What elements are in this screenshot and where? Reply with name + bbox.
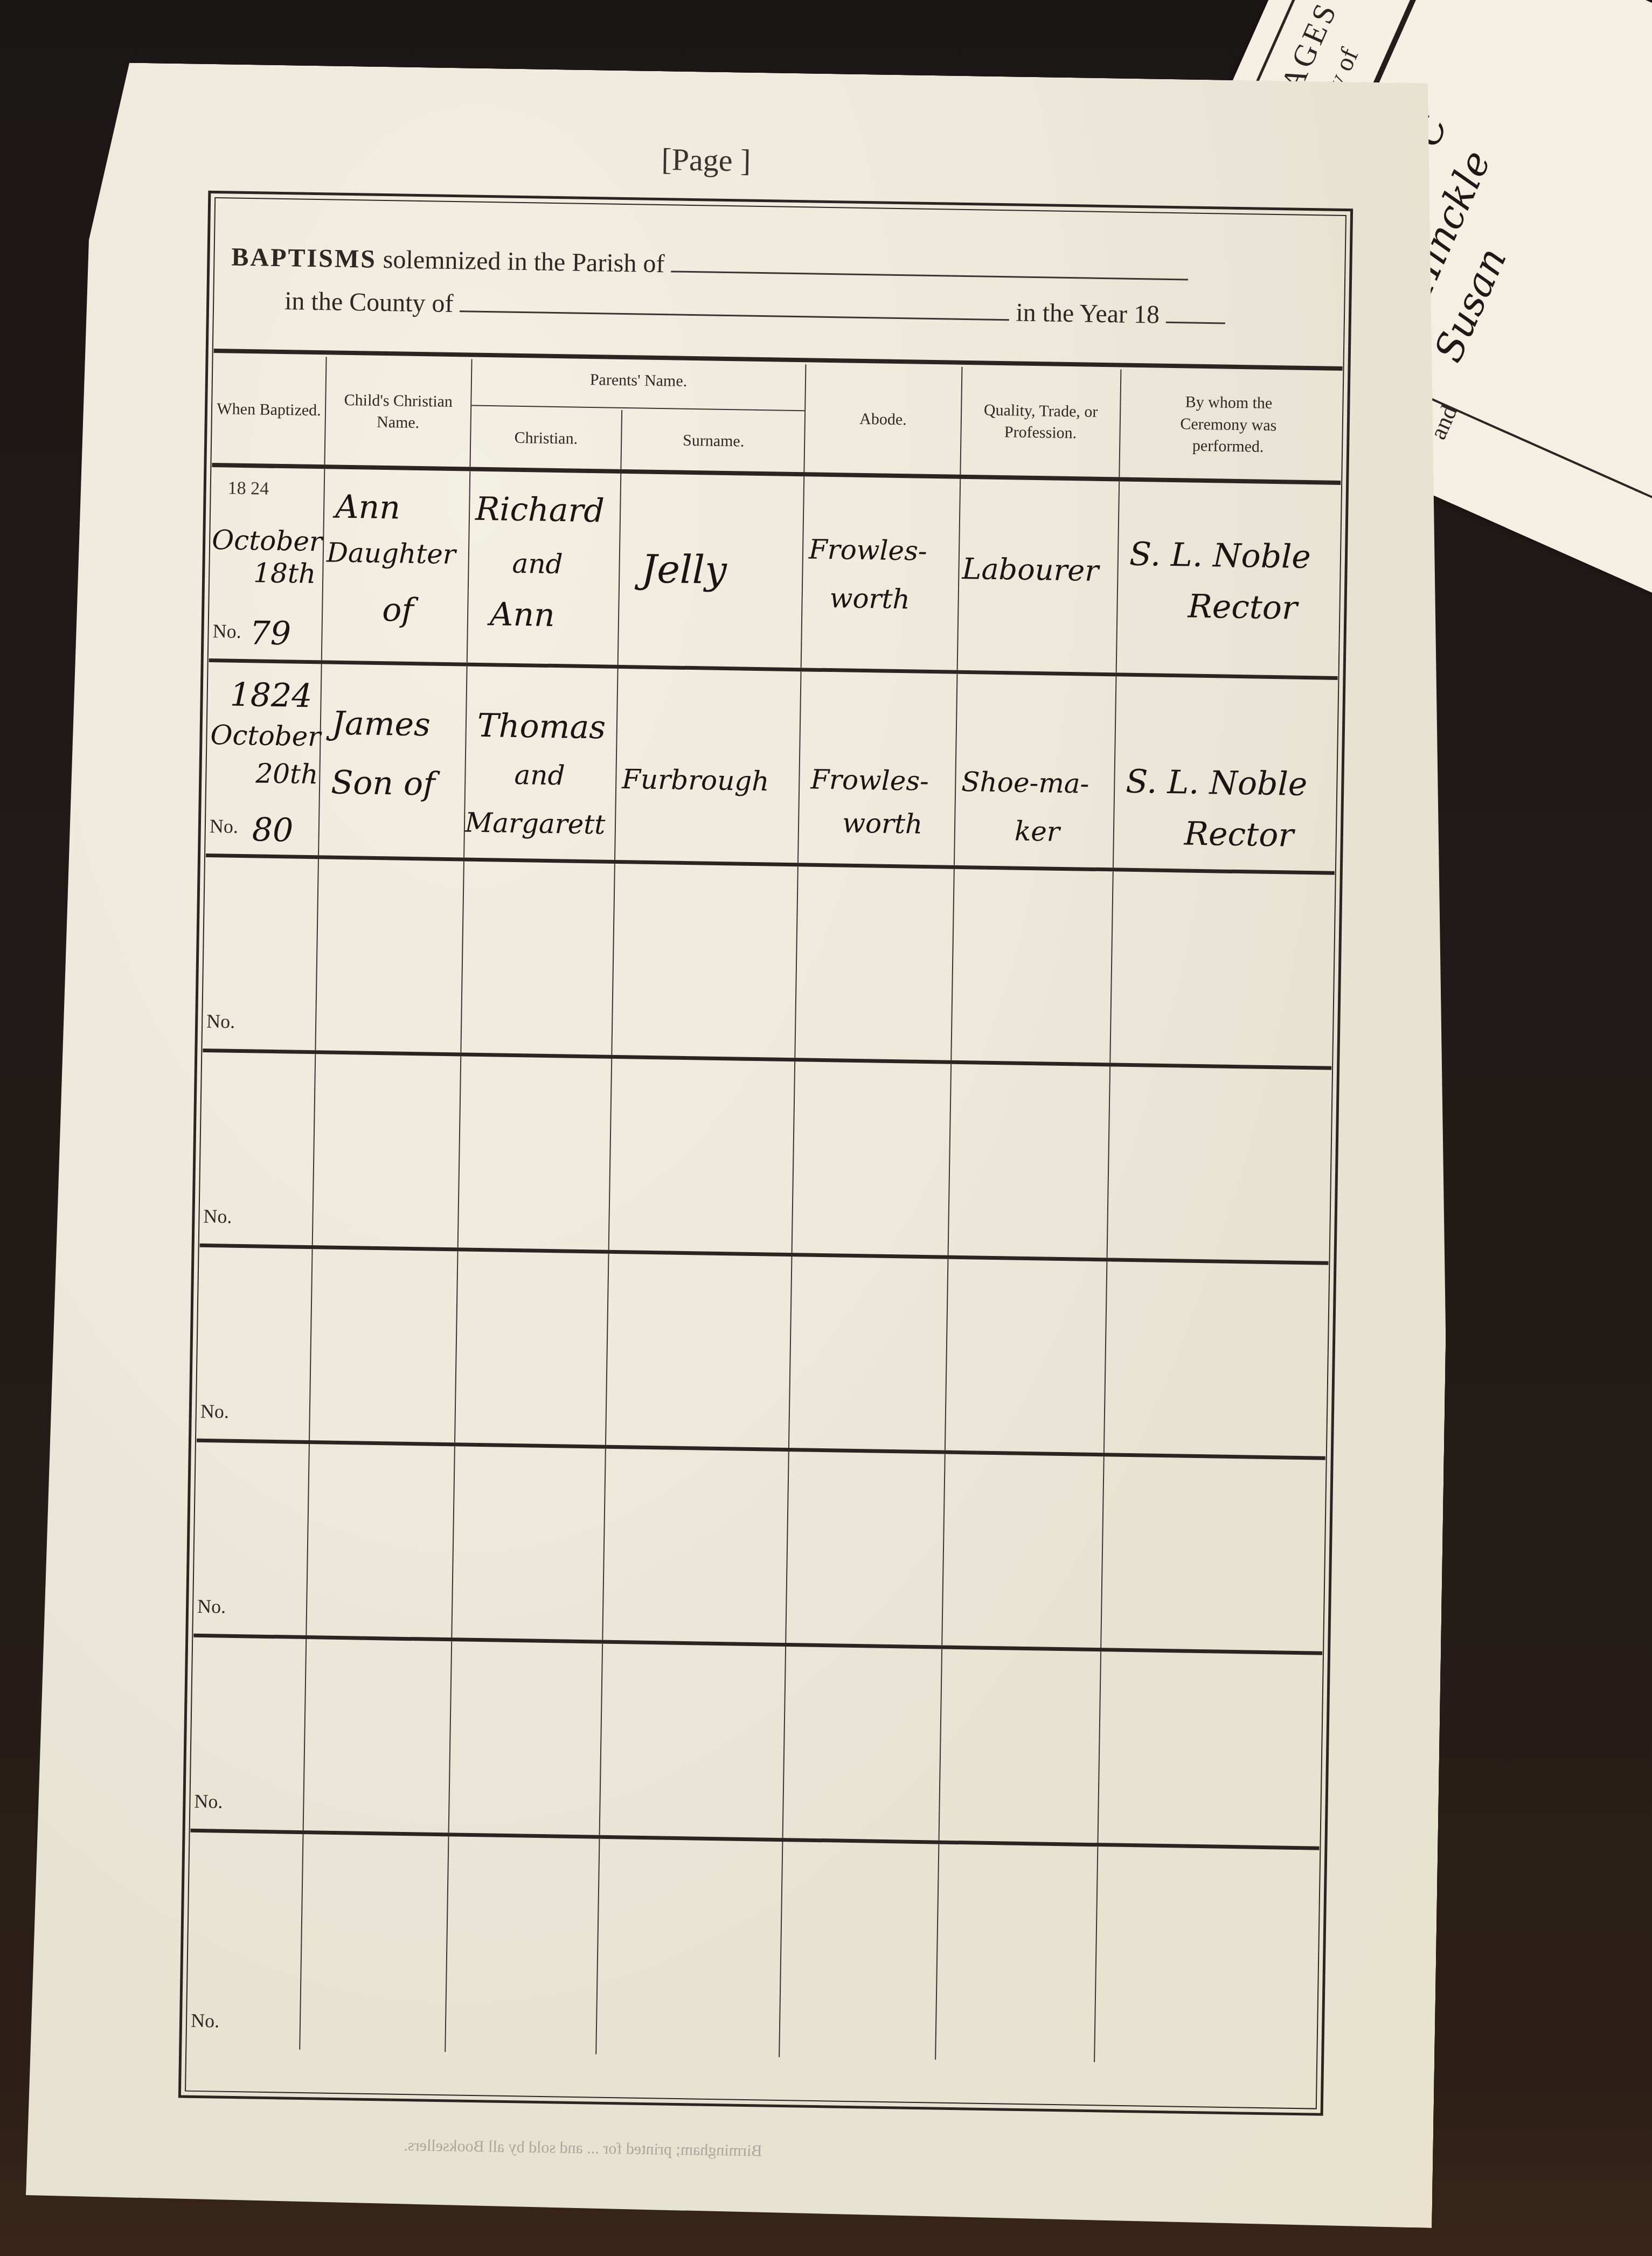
cell-abode: Frowles- worth bbox=[799, 671, 958, 865]
cell-officiant bbox=[1098, 1651, 1317, 1846]
cell-abode bbox=[793, 1061, 952, 1255]
abode-line2: worth bbox=[829, 585, 910, 613]
col-when-baptized: When Baptized. bbox=[212, 355, 327, 464]
cell-when-baptized: 1824 October 20th No. 80 bbox=[206, 662, 322, 855]
county-field bbox=[460, 310, 1009, 321]
entry-number: 79 bbox=[249, 617, 291, 650]
father-name: Richard bbox=[475, 493, 605, 527]
father-name: Thomas bbox=[477, 710, 606, 744]
cell-officiant: S. L. Noble Rector bbox=[1114, 676, 1332, 871]
heading-title-bold: BAPTISMS bbox=[231, 243, 377, 274]
cell-parents-christian bbox=[455, 1251, 609, 1445]
child-relation: Son of bbox=[331, 767, 435, 801]
cell-parents-surname bbox=[603, 1449, 789, 1643]
cell-trade bbox=[946, 1259, 1108, 1453]
year-field bbox=[1166, 322, 1225, 324]
blank-entry-row: No. bbox=[193, 1442, 1325, 1655]
col-quality-trade: Quality, Trade, or Profession. bbox=[961, 367, 1121, 477]
cell-when-baptized: No. bbox=[193, 1442, 310, 1635]
cell-child-name bbox=[307, 1444, 455, 1637]
parish-field bbox=[671, 270, 1188, 280]
cell-child-name: Ann Daughter of bbox=[322, 469, 471, 662]
entry-no-label: No. bbox=[197, 1595, 226, 1618]
cell-officiant bbox=[1101, 1456, 1320, 1651]
register-entry: 18 24 October 18th No. 79 Ann Daughter o… bbox=[209, 467, 1341, 680]
cell-when-baptized: No. bbox=[203, 857, 319, 1050]
cell-abode bbox=[786, 1452, 946, 1646]
officiant-name: S. L. Noble bbox=[1129, 538, 1311, 573]
cell-parents-surname: Jelly bbox=[619, 474, 805, 668]
cell-officiant bbox=[1095, 1847, 1314, 2065]
cell-when-baptized: 18 24 October 18th No. 79 bbox=[209, 467, 325, 660]
column-headers: When Baptized. Child's Christian Name. P… bbox=[212, 355, 1343, 481]
entry-year: 18 24 bbox=[227, 478, 269, 499]
entry-month: October bbox=[212, 526, 322, 555]
surname: Furbrough bbox=[622, 766, 769, 795]
cell-parents-surname: Furbrough bbox=[615, 669, 802, 863]
cell-officiant bbox=[1108, 1066, 1327, 1261]
cell-parents-christian: Thomas and Margarett bbox=[464, 667, 619, 860]
cell-trade bbox=[936, 1844, 1098, 2063]
cell-when-baptized: No. bbox=[200, 1052, 316, 1245]
entry-no-label: No. bbox=[191, 2009, 220, 2032]
mother-name: Margarett bbox=[465, 809, 606, 838]
blank-entry-row: No. bbox=[197, 1247, 1328, 1460]
blank-entry-row: No. bbox=[187, 1832, 1319, 2066]
cell-child-name bbox=[310, 1249, 459, 1442]
cell-parents-christian bbox=[459, 1056, 613, 1250]
parents-name-title: Parents' Name. bbox=[472, 369, 805, 393]
cell-child-name bbox=[313, 1054, 462, 1247]
child-name: Ann bbox=[335, 491, 401, 524]
entry-no-label: No. bbox=[206, 1010, 235, 1033]
child-relation: Daughter bbox=[327, 539, 456, 568]
mother-name: Ann bbox=[490, 598, 556, 631]
entry-no-label: No. bbox=[203, 1205, 232, 1228]
officiant-name: S. L. Noble bbox=[1126, 766, 1308, 801]
officiant-title: Rector bbox=[1184, 817, 1294, 851]
col-parents-surname: Surname. bbox=[621, 410, 806, 472]
entry-year: 1824 bbox=[230, 679, 313, 712]
cell-parents-surname bbox=[606, 1254, 793, 1448]
entry-no-label: No. bbox=[200, 1400, 230, 1423]
abode-line2: worth bbox=[842, 810, 923, 838]
heading-parish-label: solemnized in the Parish of bbox=[383, 245, 664, 278]
register-table: BAPTISMS solemnized in the Parish of in … bbox=[178, 191, 1353, 2116]
abode-line1: Frowles- bbox=[809, 536, 927, 564]
cell-parents-surname bbox=[609, 1059, 796, 1253]
cell-parents-surname bbox=[612, 864, 799, 1058]
col-child-name: Child's Christian Name. bbox=[325, 357, 472, 467]
cell-officiant bbox=[1110, 871, 1329, 1066]
cell-abode bbox=[780, 1842, 939, 2060]
cell-parents-christian bbox=[449, 1641, 603, 1835]
cell-trade bbox=[942, 1454, 1105, 1648]
blank-entry-row: No. bbox=[200, 1052, 1331, 1265]
entry-no-label: No. bbox=[212, 620, 241, 643]
register-entry: 1824 October 20th No. 80 James Son of Th… bbox=[206, 662, 1337, 875]
cell-parents-christian: Richard and Ann bbox=[468, 471, 622, 665]
cell-trade: Shoe-ma- ker bbox=[955, 674, 1117, 868]
abode-line1: Frowles- bbox=[810, 766, 929, 795]
surname: Jelly bbox=[641, 550, 727, 589]
cell-when-baptized: No. bbox=[187, 1832, 303, 2050]
entry-day: 18th bbox=[253, 559, 316, 587]
cell-when-baptized: No. bbox=[197, 1247, 313, 1440]
col-abode: Abode. bbox=[804, 364, 962, 475]
cell-parents-surname bbox=[600, 1644, 787, 1838]
cell-trade bbox=[940, 1649, 1102, 1843]
cell-parents-surname bbox=[596, 1839, 783, 2057]
cell-abode bbox=[789, 1257, 949, 1450]
county-label: in the County of bbox=[284, 287, 454, 318]
year-label: in the Year 18 bbox=[1016, 298, 1160, 329]
register-rows: 18 24 October 18th No. 79 Ann Daughter o… bbox=[187, 467, 1341, 2066]
cell-trade bbox=[949, 1064, 1111, 1258]
cell-trade bbox=[952, 869, 1114, 1063]
county-line: in the County of in the Year 18 bbox=[284, 286, 1226, 330]
cell-abode bbox=[795, 866, 955, 1060]
entry-no-label: No. bbox=[210, 815, 239, 838]
cell-officiant bbox=[1105, 1261, 1323, 1456]
col-by-whom: By whom the Ceremony was performed. bbox=[1120, 370, 1337, 481]
page-number-label: [Page ] bbox=[661, 141, 751, 179]
entry-month: October bbox=[210, 721, 321, 750]
cell-child-name bbox=[316, 859, 464, 1052]
trade: Shoe-ma- bbox=[961, 768, 1089, 797]
officiant-title: Rector bbox=[1188, 591, 1297, 624]
cell-parents-christian bbox=[446, 1836, 600, 2054]
cell-abode: Frowles- worth bbox=[802, 476, 961, 670]
col-parents-christian: Christian. bbox=[470, 408, 622, 469]
child-relation-of: of bbox=[382, 594, 414, 627]
trade: Labourer bbox=[962, 554, 1099, 586]
cell-parents-christian bbox=[452, 1446, 606, 1640]
cell-abode bbox=[783, 1647, 943, 1841]
entry-day: 20th bbox=[255, 760, 318, 788]
entry-number: 80 bbox=[252, 814, 293, 846]
blank-entry-row: No. bbox=[191, 1637, 1322, 1850]
cell-parents-christian bbox=[461, 861, 615, 1054]
cell-child-name bbox=[300, 1834, 449, 2052]
printer-imprint-showthrough: Birmingham; printed for ... and sold by … bbox=[404, 2136, 762, 2160]
register-heading: BAPTISMS solemnized in the Parish of bbox=[231, 242, 1189, 287]
parents-and: and bbox=[512, 550, 563, 578]
cell-child-name: James Son of bbox=[319, 664, 468, 857]
col-parents-name-group: Parents' Name. Christian. Surname. bbox=[470, 359, 806, 473]
cell-when-baptized: No. bbox=[191, 1637, 307, 1830]
blank-entry-row: No. bbox=[203, 857, 1334, 1070]
baptism-register-page: [Page ] BAPTISMS solemnized in the Paris… bbox=[26, 62, 1466, 2229]
trade-line2: ker bbox=[1015, 818, 1060, 845]
cell-trade: Labourer bbox=[958, 479, 1120, 673]
cell-child-name bbox=[304, 1639, 453, 1832]
child-name: James bbox=[331, 707, 431, 741]
cell-officiant: S. L. Noble Rector bbox=[1117, 482, 1336, 676]
parents-and: and bbox=[514, 761, 565, 789]
entry-no-label: No. bbox=[194, 1790, 223, 1813]
